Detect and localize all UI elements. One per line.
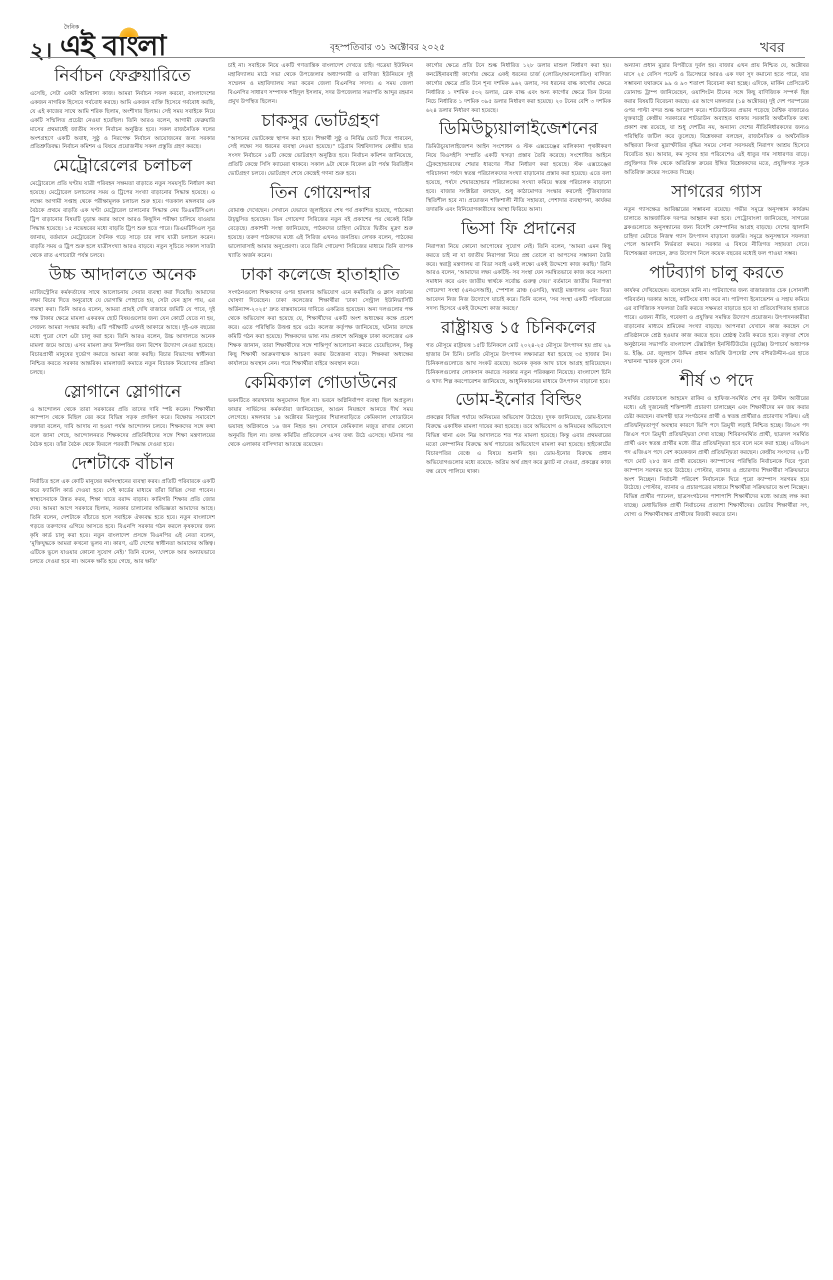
story-sea-gas: সাগরের গ্যাস নতুন গ্যাসক্ষেত্র আবিষ্কারে… [624,182,809,259]
story-body: সমর্থিত তোফায়েল আহমেদ রাকিব ও হাফিজ-সমর… [624,395,809,520]
headline: উচ্চ আদালতে অনেক [30,265,215,285]
story-body: এসেছি, সেটা একটা অবিশ্বাস্য কাজ। আমরা নি… [30,90,215,152]
story-body: ডিমিউচ্যুয়ালাইজেশন আইন সংশোধন ও স্টক এক… [426,143,611,214]
story-tin-goyenda: তিন গোয়েন্দার রোমাঞ্চ দেখেছেন। সেখানে য… [228,183,413,260]
dateline: বৃহস্পতিবার ৩১ অক্টোবর ২০২৫ [330,40,445,55]
story-body: ভবনটিতে কারখানার অনুমোদন ছিল না। ভবনে অগ… [228,397,413,450]
story-save-country: দেশটাকে বাঁচান নির্বাচিত হলে এক কোটি মান… [30,454,215,567]
headline: দেশটাকে বাঁচান [30,454,215,474]
story-high-court: উচ্চ আদালতে অনেক ম্যাজিস্ট্রেসির কর্মকর্… [30,265,215,378]
story-sugar-mills: রাষ্ট্রায়ত্ত ১৫ চিনিকলের গত মৌসুমে রাষ্… [426,318,611,387]
story-body: অন্যান্য প্রধান মুদ্রার বিপরীতে দুর্বল হ… [624,62,809,178]
story-port-tariff: কার্গোর ক্ষেত্রে প্রতি টনে শুল্ক নির্ধার… [426,62,611,115]
story-body: সংগঠনগুলো শিক্ষকদের ওপর হামলার অভিযোগ এন… [228,289,413,369]
story-body: রোমাঞ্চ দেখেছেন। সেখানে যেভাবে জুলাইয়ের… [228,207,413,260]
story-body: "আসনের ভোটকেন্দ্র স্থাপন করা হবে। শিক্ষা… [228,135,413,180]
headline: মেট্রোরেলের চলাচল [30,156,215,176]
headline: কেমিক্যাল গোডাউনের [228,373,413,393]
story-body: নির্বাচিত হলে এক কোটি মানুষের কর্মসংস্থা… [30,478,215,567]
headline: সাগরের গ্যাস [624,182,809,202]
headline: তিন গোয়েন্দার [228,183,413,203]
column-3: কার্গোর ক্ষেত্রে প্রতি টনে শুল্ক নির্ধার… [426,62,611,1217]
story-body: ম্যাজিস্ট্রেসির কর্মকর্তাদের সাথে আলোচনা… [30,289,215,378]
headline: ডোম-ইনোর বিল্ডিং [426,390,611,410]
story-top-3-posts: শীর্ষ ৩ পদে সমর্থিত তোফায়েল আহমেদ রাকিব… [624,371,809,520]
story-gold-continuation: অন্যান্য প্রধান মুদ্রার বিপরীতে দুর্বল হ… [624,62,809,178]
story-demutualization: ডিমিউচ্যুয়ালাইজেশনের ডিমিউচ্যুয়ালাইজেশ… [426,119,611,214]
story-dome-ino: ডোম-ইনোর বিল্ডিং প্রকল্পের বিভিন্ন পর্যা… [426,390,611,476]
story-body: কার্গোর ক্ষেত্রে প্রতি টনে শুল্ক নির্ধার… [426,62,611,115]
story-body: নিরাপত্তা নিয়ে কোনো আপোষের সুযোগ নেই। ত… [426,243,611,314]
story-body: মেট্রোরেলে প্রতি ঘণ্টায় যাত্রী পরিবহন স… [30,180,215,260]
story-jute-bag: পাটব্যাগ চালু করতে কার্যকর দেখিয়েছেন। ব… [624,263,809,367]
headline: রাষ্ট্রায়ত্ত ১৫ চিনিকলের [426,318,611,338]
story-body: প্রকল্পের বিভিন্ন পর্যায়ে অনিয়মের অভিয… [426,414,611,476]
story-body: নতুন গ্যাসক্ষেত্র আবিষ্কারের সম্ভাবনা রয… [624,206,809,259]
story-dhaka-college: ঢাকা কলেজে হাতাহাতি সংগঠনগুলো শিক্ষকদের … [228,265,413,369]
story-chemical-godown: কেমিক্যাল গোডাউনের ভবনটিতে কারখানার অনুম… [228,373,413,450]
story-continuation: চাই না। সবাইকে নিয়ে একটি গণতান্ত্রিক বা… [228,62,413,107]
headline: স্লোগানে স্লোগানে [30,382,215,402]
headline: নির্বাচন ফেব্রুয়ারিতে [30,66,215,86]
header-rule [30,57,805,58]
story-body: চাই না। সবাইকে নিয়ে একটি গণতান্ত্রিক বা… [228,62,413,107]
headline: ডিমিউচ্যুয়ালাইজেশনের [426,119,611,139]
story-metrorail: মেট্রোরেলের চলাচল মেট্রোরেলে প্রতি ঘণ্টা… [30,156,215,260]
story-body: গত মৌসুমে রাষ্ট্রায়ত্ত ১৫টি চিনিকলে মোট… [426,342,611,387]
headline: পাটব্যাগ চালু করতে [624,263,809,283]
story-body: কার্যকর দেখিয়েছেন। বলেছেন মানি না। পাটব… [624,287,809,367]
column-4: অন্যান্য প্রধান মুদ্রার বিপরীতে দুর্বল হ… [624,62,809,1217]
column-1: নির্বাচন ফেব্রুয়ারিতে এসেছি, সেটা একটা … [30,62,215,1217]
headline: শীর্ষ ৩ পদে [624,371,809,391]
column-2: চাই না। সবাইকে নিয়ে একটি গণতান্ত্রিক বা… [228,62,413,1217]
headline: চাকসুর ভোটগ্রহণ [228,111,413,131]
story-visa-fee: ভিসা ফি প্রদানের নিরাপত্তা নিয়ে কোনো আপ… [426,219,611,314]
story-election-february: নির্বাচন ফেব্রুয়ারিতে এসেছি, সেটা একটা … [30,66,215,152]
story-slogans: স্লোগানে স্লোগানে এ আন্দোলন থেকে তারা সর… [30,382,215,451]
story-body: এ আন্দোলন থেকে তারা সরকারের প্রতি তাদের … [30,406,215,451]
headline: ভিসা ফি প্রদানের [426,219,611,239]
headline: ঢাকা কলেজে হাতাহাতি [228,265,413,285]
masthead: ২। দৈনিক এই বাংলা বৃহস্পতিবার ৩১ অক্টোবর… [0,0,833,60]
story-chaksu-voting: চাকসুর ভোটগ্রহণ "আসনের ভোটকেন্দ্র স্থাপন… [228,111,413,180]
article-columns: নির্বাচন ফেব্রুয়ারিতে এসেছি, সেটা একটা … [30,62,805,1217]
